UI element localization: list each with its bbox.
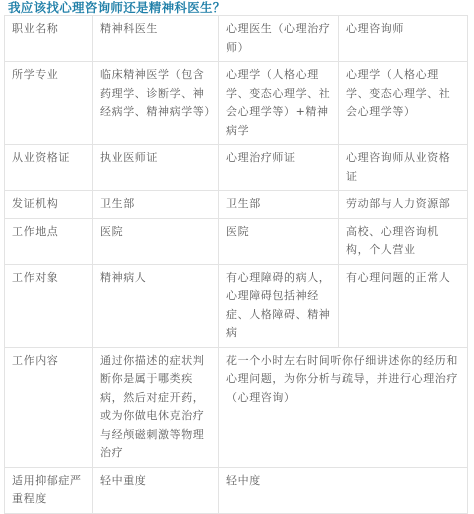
table-cell: 卫生部 — [93, 191, 219, 219]
table-row-major: 所学专业 临床精神医学（包含药理学、诊断学、神经病学、精神病学等） 心理学（人格… — [5, 62, 468, 145]
table-cell-merged: 花一个小时左右时间听你仔细讲述你的经历和心理问题，为你分析与疏导，并进行心理治疗… — [219, 347, 468, 400]
table-cell: 医院 — [219, 218, 339, 264]
table-row-work-content: 工作内容 通过你描述的症状判断你是属于哪类疾病，然后对症开药，或为你做电休克治疗… — [5, 347, 468, 400]
table-cell: 高校、心理咨询机构，个人营业 — [339, 218, 468, 264]
table-cell: 有心理问题的正常人 — [339, 264, 468, 347]
row-label: 所学专业 — [5, 62, 93, 145]
table-row-workplace: 工作地点 医院 医院 高校、心理咨询机构，个人营业 — [5, 218, 468, 264]
table-cell: 心理咨询师从业资格证 — [339, 145, 468, 191]
table-row-issuer: 发证机构 卫生部 卫生部 劳动部与人力资源部 — [5, 191, 468, 219]
table-cell: 执业医师证 — [93, 145, 219, 191]
header-psychotherapist: 心理医生（心理治疗师） — [219, 16, 339, 62]
table-cell: 有心理障碍的病人，心理障碍包括神经症、人格障碍、精神病 — [219, 264, 339, 347]
table-row-certificate: 从业资格证 执业医师证 心理治疗师证 心理咨询师从业资格证 — [5, 145, 468, 191]
table-cell: 心理治疗师证 — [219, 145, 339, 191]
row-label: 工作对象 — [5, 264, 93, 347]
row-label: 工作内容 — [5, 347, 93, 400]
table-cell: 医院 — [93, 218, 219, 264]
table-cell: 劳动部与人力资源部 — [339, 191, 468, 219]
header-psychiatrist: 精神科医生 — [93, 16, 219, 62]
table-cell: 临床精神医学（包含药理学、诊断学、神经病学、精神病学等） — [93, 62, 219, 145]
page-title: 我应该找心理咨询师还是精神科医生？ — [8, 1, 226, 15]
row-label: 工作地点 — [5, 218, 93, 264]
table-header-row: 职业名称 精神科医生 心理医生（心理治疗师） 心理咨询师 — [5, 16, 468, 62]
table-row-clients: 工作对象 精神病人 有心理障碍的病人，心理障碍包括神经症、人格障碍、精神病 有心… — [5, 264, 468, 347]
table-cell: 心理学（人格心理学、变态心理学、社会心理学等） — [339, 62, 468, 145]
row-label: 从业资格证 — [5, 145, 93, 191]
comparison-table: 职业名称 精神科医生 心理医生（心理治疗师） 心理咨询师 所学专业 临床精神医学… — [4, 15, 468, 400]
row-label: 发证机构 — [5, 191, 93, 219]
table-cell: 心理学（人格心理学、变态心理学、社会心理学等）+精神病学 — [219, 62, 339, 145]
header-label: 职业名称 — [5, 16, 93, 62]
table-cell: 精神病人 — [93, 264, 219, 347]
header-counselor: 心理咨询师 — [339, 16, 468, 62]
table-cell: 卫生部 — [219, 191, 339, 219]
table-cell: 通过你描述的症状判断你是属于哪类疾病，然后对症开药，或为你做电休克治疗与经颅磁刺… — [93, 347, 219, 400]
